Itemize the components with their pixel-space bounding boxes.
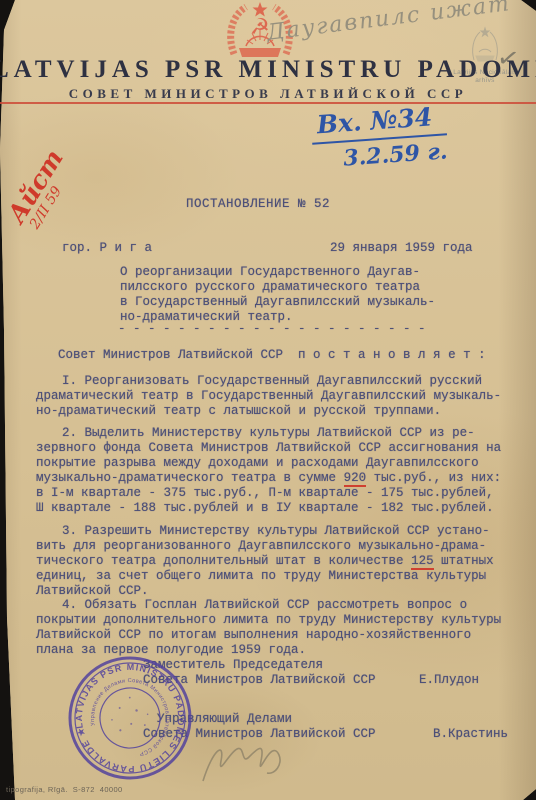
letterhead-title-russian: СОВЕТ МИНИСТРОВ ЛАТВИЙСКОЙ ССР xyxy=(0,86,536,102)
document-number: ПОСТАНОВЛЕНИЕ № 52 xyxy=(186,197,330,212)
document-city: гор. Р и г а xyxy=(62,241,152,256)
letterhead-rule xyxy=(0,102,536,104)
letterhead-title-latvian: LATVIJAS PSR MINISTRU PADOME xyxy=(0,56,536,84)
underlined-staff-value: 125 xyxy=(411,554,434,570)
stamp-outer-text: LATVIJAS PSR MINISTRU PADOMES LIETU PĀRV… xyxy=(63,652,196,785)
document-date: 29 января 1959 года xyxy=(330,241,473,256)
scanned-document-page: ☭ Даугавпилс ижат Latvijas Nacionālais a… xyxy=(0,0,536,800)
paragraph-4: 4. Обязать Госплан Латвийской ССР рассмо… xyxy=(36,598,520,658)
subject-underline: - - - - - - - - - - - - - - - - - - - - … xyxy=(118,322,426,337)
paragraph-2: 2. Выделить Министерству культуры Латвий… xyxy=(36,426,520,516)
signatory-name: Е.Плудон xyxy=(419,673,479,688)
official-round-stamp: LATVIJAS PSR MINISTRU PADOMES LIETU PĀRV… xyxy=(47,635,213,800)
svg-text:LATVIJAS PSR MINISTRU PADOMES: LATVIJAS PSR MINISTRU PADOMES LIETU PĀRV… xyxy=(63,652,196,785)
registration-note: Вх. №34 3.2.59 г. xyxy=(310,101,449,173)
paragraph-3: 3. Разрешить Министерству культуры Латви… xyxy=(36,524,520,599)
paragraph-1: I. Реорганизовать Государственный Даугав… xyxy=(36,374,520,419)
resolution-intro: Совет Министров Латвийской ССР п о с т а… xyxy=(58,348,486,363)
document-subject: О реорганизации Государственного Даугав-… xyxy=(120,265,468,325)
pencil-signature xyxy=(195,733,305,793)
signature-block-deputy-chairman: Заместитель Председателя Совета Министро… xyxy=(143,658,523,688)
printers-imprint: tipografija, Rīgā. S-872 40000 xyxy=(6,785,123,794)
signatory-name: В.Крастинь xyxy=(419,727,508,742)
underlined-sum-value: 920 xyxy=(344,471,367,487)
